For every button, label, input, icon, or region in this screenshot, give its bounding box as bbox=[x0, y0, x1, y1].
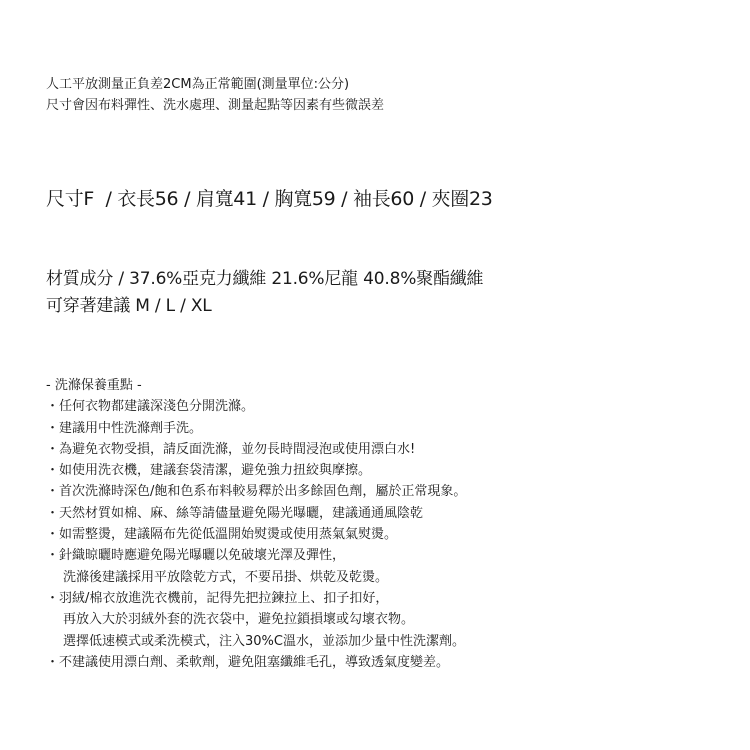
size-measurements: 尺寸F / 衣長56 / 肩寬41 / 胸寬59 / 袖長60 / 夾圈23 bbox=[46, 185, 493, 213]
measurement-note: 人工平放測量正負差2CM為正常範圍(測量單位:公分) 尺寸會因布料彈性、洗水處理… bbox=[46, 74, 384, 116]
care-item: ・針織晾曬時應避免陽光曝曬以免破壞光澤及彈性， bbox=[46, 545, 466, 566]
care-instructions: - 洗滌保養重點 - ・任何衣物都建議深淺色分開洗滌。 ・建議用中性洗滌劑手洗。… bbox=[46, 375, 466, 673]
material-composition: 材質成分 / 37.6%亞克力纖維 21.6%尼龍 40.8%聚酯纖維 bbox=[46, 266, 483, 293]
care-item-continuation: 洗滌後建議採用平放陰乾方式，不要吊掛、烘乾及乾燙。 bbox=[46, 567, 466, 588]
care-item: ・首次洗滌時深色/飽和色系布料較易釋於出多餘固色劑，屬於正常現象。 bbox=[46, 481, 466, 502]
care-item: ・羽絨/棉衣放進洗衣機前，記得先把拉鍊拉上、扣子扣好， bbox=[46, 588, 466, 609]
care-item: ・如使用洗衣機，建議套袋清潔，避免強力扭絞與摩擦。 bbox=[46, 460, 466, 481]
care-title: - 洗滌保養重點 - bbox=[46, 375, 466, 396]
care-item: ・建議用中性洗滌劑手洗。 bbox=[46, 418, 466, 439]
measurement-note-line-2: 尺寸會因布料彈性、洗水處理、測量起點等因素有些微誤差 bbox=[46, 95, 384, 116]
size-info: 尺寸F / 衣長56 / 肩寬41 / 胸寬59 / 袖長60 / 夾圈23 bbox=[46, 185, 493, 213]
material-info: 材質成分 / 37.6%亞克力纖維 21.6%尼龍 40.8%聚酯纖維 可穿著建… bbox=[46, 266, 483, 320]
recommended-sizes: 可穿著建議 M / L / XL bbox=[46, 293, 483, 320]
care-item-continuation: 選擇低速模式或柔洗模式，注入30%C溫水，並添加少量中性洗潔劑。 bbox=[46, 631, 466, 652]
care-item: ・天然材質如棉、麻、絲等請儘量避免陽光曝曬，建議通通風陰乾 bbox=[46, 503, 466, 524]
care-item-continuation: 再放入大於羽絨外套的洗衣袋中，避免拉鎖損壞或勾壞衣物。 bbox=[46, 609, 466, 630]
measurement-note-line-1: 人工平放測量正負差2CM為正常範圍(測量單位:公分) bbox=[46, 74, 384, 95]
care-item: ・為避免衣物受損，請反面洗滌，並勿長時間浸泡或使用漂白水! bbox=[46, 439, 466, 460]
care-item: ・任何衣物都建議深淺色分開洗滌。 bbox=[46, 396, 466, 417]
care-item: ・不建議使用漂白劑、柔軟劑，避免阻塞纖維毛孔，導致透氣度變差。 bbox=[46, 652, 466, 673]
care-item: ・如需整燙，建議隔布先從低溫開始熨燙或使用蒸氣氣熨燙。 bbox=[46, 524, 466, 545]
